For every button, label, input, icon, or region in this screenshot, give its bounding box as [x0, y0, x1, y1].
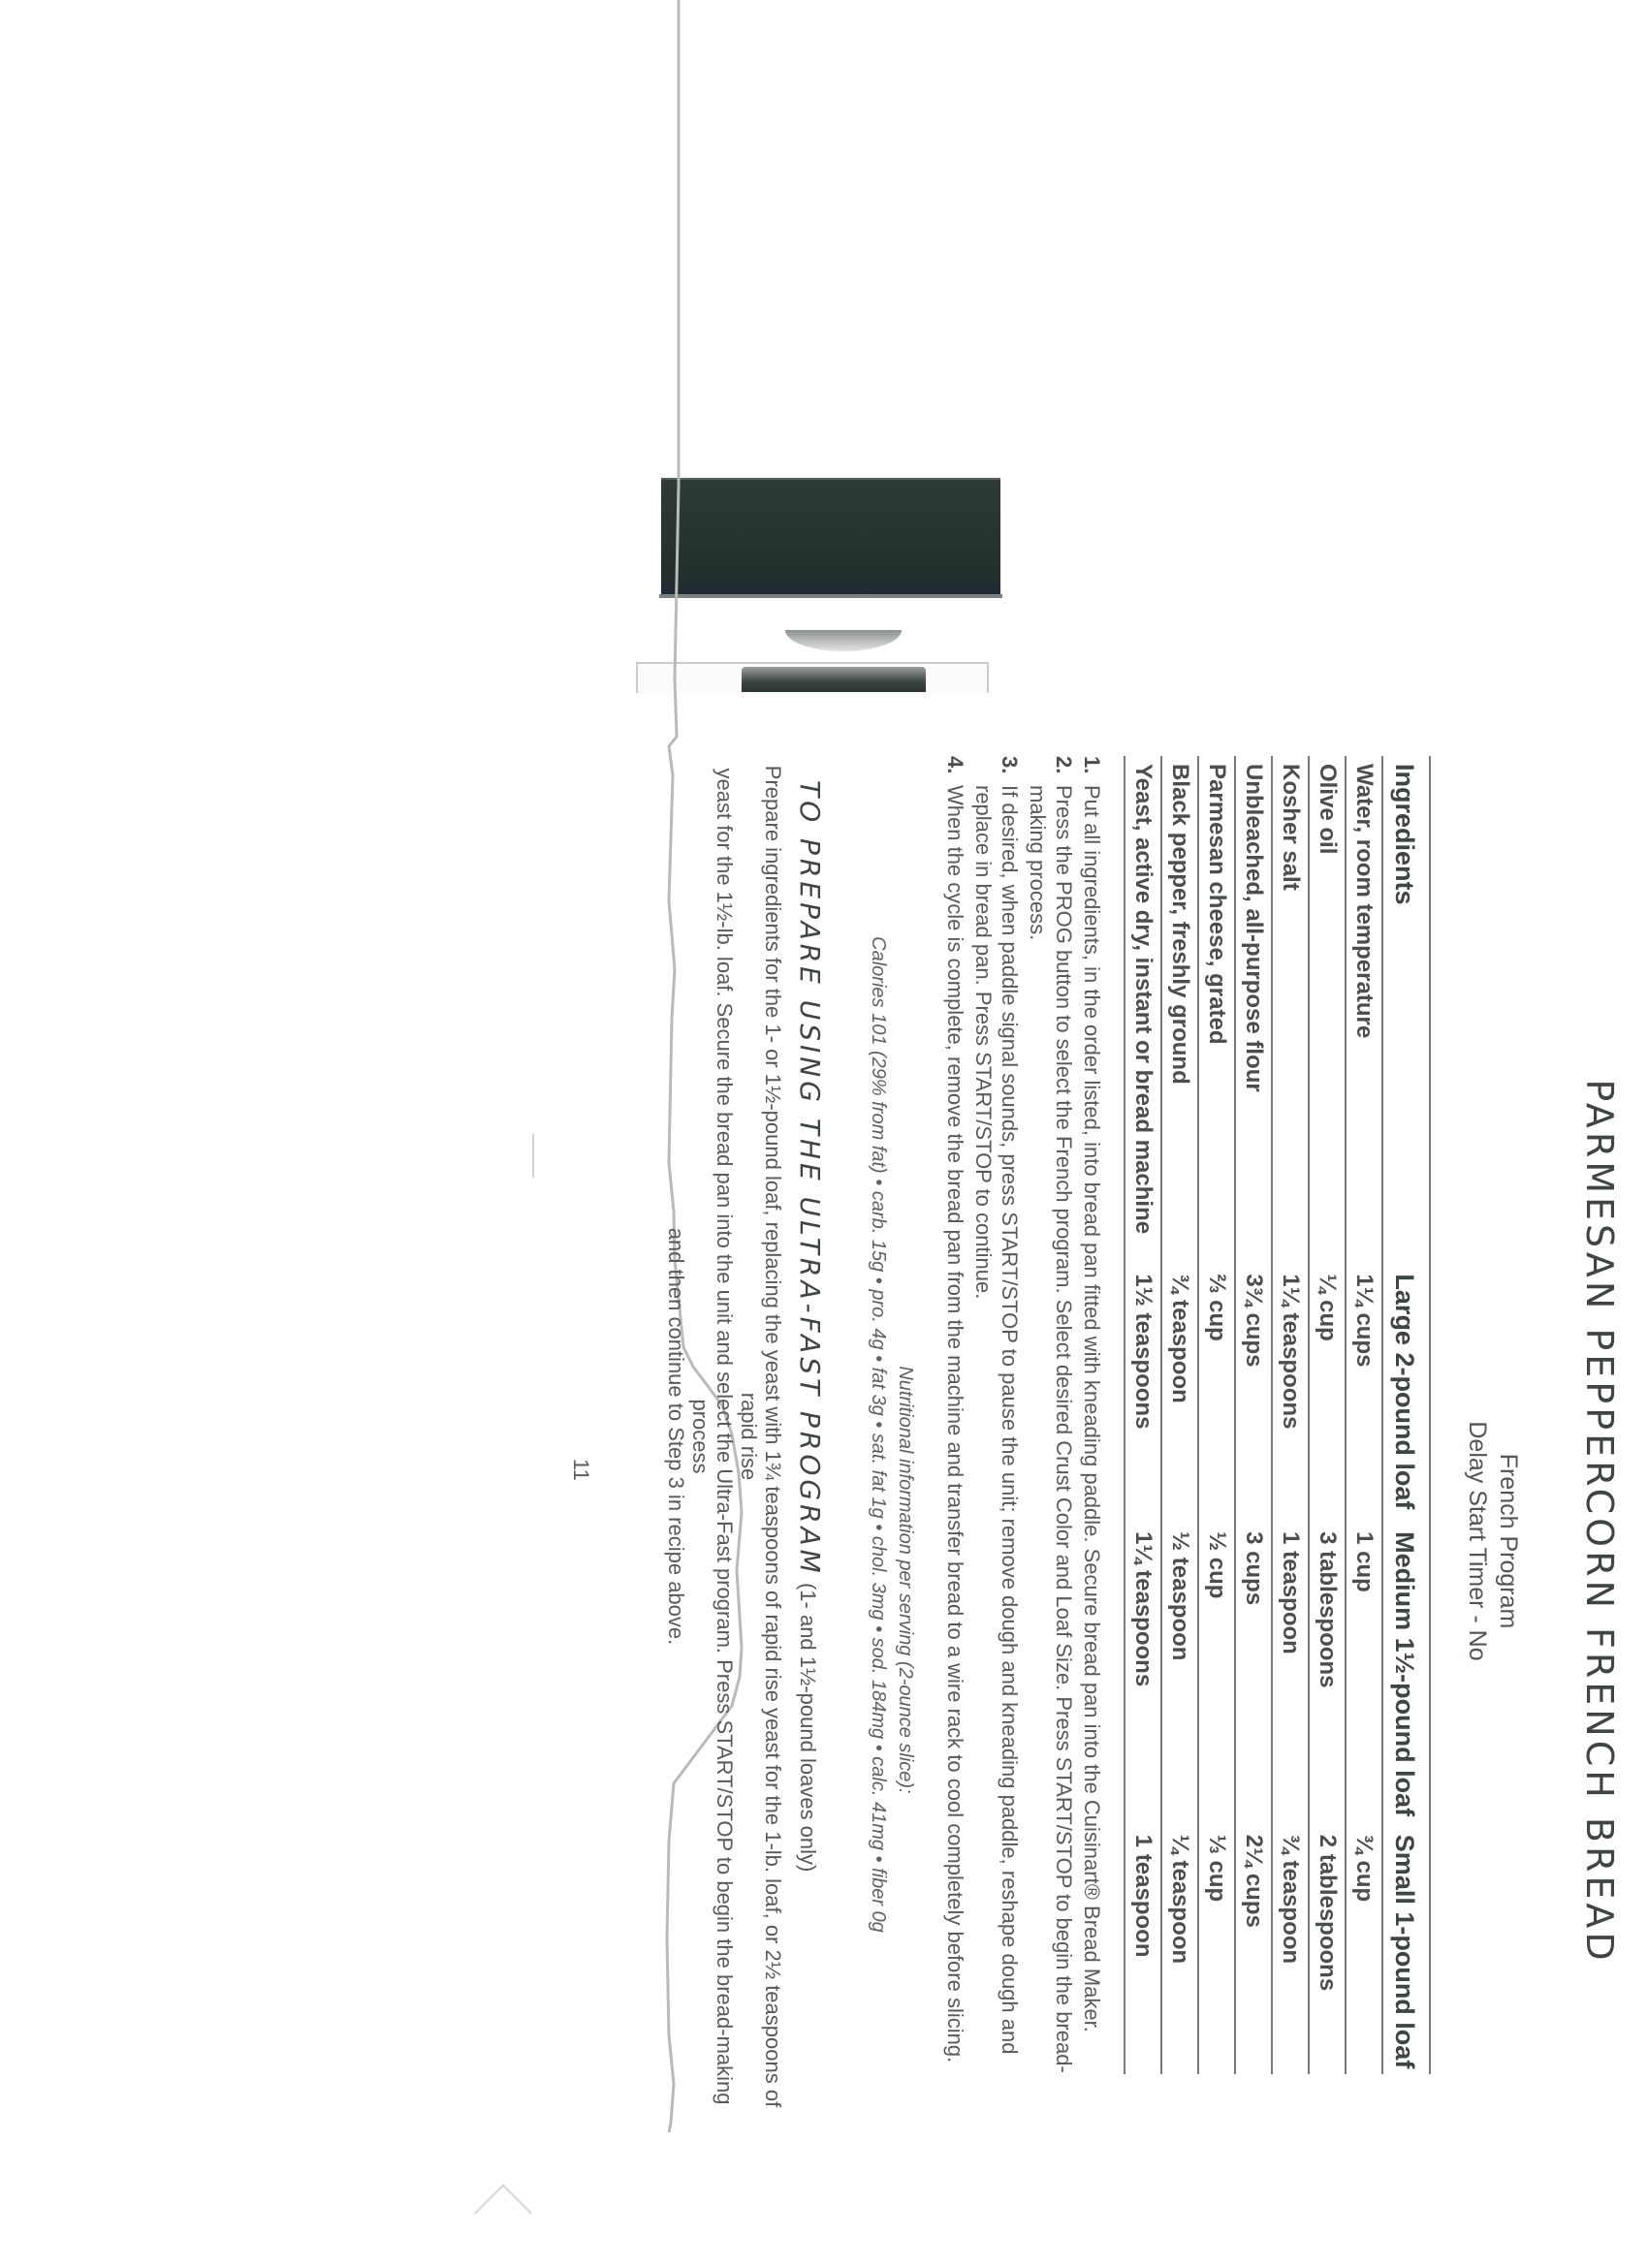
amount-large: 1¼ teaspoons — [1272, 1266, 1309, 1524]
ultra-fast-heading: TO PREPARE USING THE ULTRA-FAST PROGRAM … — [794, 780, 826, 1872]
table-header-row: Ingredients Large 2-pound loaf Medium 1½… — [1382, 756, 1430, 2074]
amount-medium: 1¼ teaspoons — [1125, 1524, 1161, 1827]
amount-large: ¼ cup — [1309, 1266, 1346, 1524]
amount-small: ⅓ cup — [1198, 1827, 1235, 2074]
recipe-title: PARMESAN PEPPERCORN FRENCH BREAD — [1578, 1008, 1621, 2035]
page-number: 11 — [568, 1459, 593, 1481]
amount-large: ⅔ cup — [1198, 1266, 1235, 1524]
ingredients-table: Ingredients Large 2-pound loaf Medium 1½… — [1124, 756, 1431, 2074]
scanned-lens-shape — [785, 630, 902, 651]
amount-small: 1 teaspoon — [1125, 1827, 1161, 2074]
ingredient-name: Olive oil — [1309, 756, 1346, 1266]
table-row: Unbleached, all-purpose flour3¾ cups3 cu… — [1235, 756, 1272, 2074]
ultra-fast-line-3: and then continue to Step 3 in recipe ab… — [664, 758, 688, 2115]
amount-small: ¼ teaspoon — [1161, 1827, 1198, 2074]
amount-medium: 1 cup — [1346, 1524, 1382, 1827]
amount-medium: 3 cups — [1235, 1524, 1272, 1827]
step-text: If desired, when paddle signal sounds, p… — [971, 785, 1022, 2054]
ultra-fast-title: TO PREPARE USING THE ULTRA-FAST PROGRAM — [794, 780, 826, 1577]
instruction-steps: 1.Put all ingredients, in the order list… — [940, 756, 1105, 2113]
scan-corner-mark — [474, 2184, 531, 2241]
delay-timer-label: Delay Start Timer - No — [1463, 1396, 1491, 1686]
amount-large: ¾ teaspoon — [1161, 1266, 1198, 1524]
ingredient-name: Parmesan cheese, grated — [1198, 756, 1235, 1266]
amount-small: ¾ teaspoon — [1272, 1827, 1309, 2074]
step-item: 2.Press the PROG button to select the Fr… — [1025, 756, 1077, 2113]
step-text: Put all ingredients, in the order listed… — [1080, 785, 1104, 2032]
amount-small: 2 tablespoons — [1309, 1827, 1346, 2074]
scanned-dark-panel — [661, 478, 1000, 594]
table-row: Kosher salt1¼ teaspoons1 teaspoon¾ teasp… — [1272, 756, 1309, 2074]
step-number: 4. — [942, 756, 968, 773]
ingredient-name: Yeast, active dry, instant or bread mach… — [1125, 756, 1161, 1266]
column-header-medium: Medium 1½-pound loaf — [1382, 1524, 1430, 1827]
ultra-fast-line-1: Prepare ingredients for the 1- or 1½-pou… — [737, 758, 785, 2115]
ingredient-name: Kosher salt — [1272, 756, 1309, 1266]
amount-small: 2¼ cups — [1235, 1827, 1272, 2074]
amount-large: 1¼ cups — [1346, 1266, 1382, 1524]
step-number: 3. — [997, 756, 1023, 773]
nutrition-heading: Nutritional information per serving (2-o… — [894, 1144, 916, 2016]
table-row: Parmesan cheese, grated⅔ cup½ cup⅓ cup — [1198, 756, 1235, 2074]
table-row: Black pepper, freshly ground¾ teaspoon½ … — [1161, 756, 1198, 2074]
ingredient-name: Black pepper, freshly ground — [1161, 756, 1198, 1266]
column-header-large: Large 2-pound loaf — [1382, 1266, 1430, 1524]
table-row: Yeast, active dry, instant or bread mach… — [1125, 756, 1161, 2074]
amount-medium: ½ cup — [1198, 1524, 1235, 1827]
step-item: 1.Put all ingredients, in the order list… — [1079, 756, 1105, 2113]
ingredient-name: Unbleached, all-purpose flour — [1235, 756, 1272, 1266]
ultra-fast-instructions: Prepare ingredients for the 1- or 1½-pou… — [664, 758, 785, 2115]
amount-small: ¾ cup — [1346, 1827, 1382, 2074]
step-number: 1. — [1079, 756, 1105, 773]
column-header-ingredients: Ingredients — [1382, 756, 1430, 1266]
ultra-fast-note: (1- and 1½-pound loaves only) — [796, 1577, 820, 1873]
amount-large: 1½ teaspoons — [1125, 1266, 1161, 1524]
amount-medium: ½ teaspoon — [1161, 1524, 1198, 1827]
ingredient-name: Water, room temperature — [1346, 756, 1382, 1266]
rotated-document-page: PARMESAN PEPPERCORN FRENCH BREAD French … — [0, 0, 1648, 2268]
amount-medium: 3 tablespoons — [1309, 1524, 1346, 1827]
step-text: Press the PROG button to select the Fren… — [1026, 785, 1076, 2073]
step-item: 4.When the cycle is complete, remove the… — [942, 756, 968, 2113]
program-label: French Program — [1494, 1396, 1522, 1686]
step-text: When the cycle is complete, remove the b… — [943, 785, 967, 2063]
amount-large: 3¾ cups — [1235, 1266, 1272, 1524]
step-number: 2. — [1051, 756, 1077, 773]
ultra-fast-line-2: yeast for the 1½-lb. loaf. Secure the br… — [688, 758, 737, 2115]
column-header-small: Small 1-pound loaf — [1382, 1827, 1430, 2074]
step-item: 3.If desired, when paddle signal sounds,… — [970, 756, 1023, 2113]
scanned-dark-tab — [742, 667, 926, 692]
nutrition-values: Calories 101 (29% from fat) • carb. 15g … — [867, 853, 889, 2016]
table-row: Water, room temperature1¼ cups1 cup¾ cup — [1346, 756, 1382, 2074]
table-row: Olive oil¼ cup3 tablespoons2 tablespoons — [1309, 756, 1346, 2074]
amount-medium: 1 teaspoon — [1272, 1524, 1309, 1827]
